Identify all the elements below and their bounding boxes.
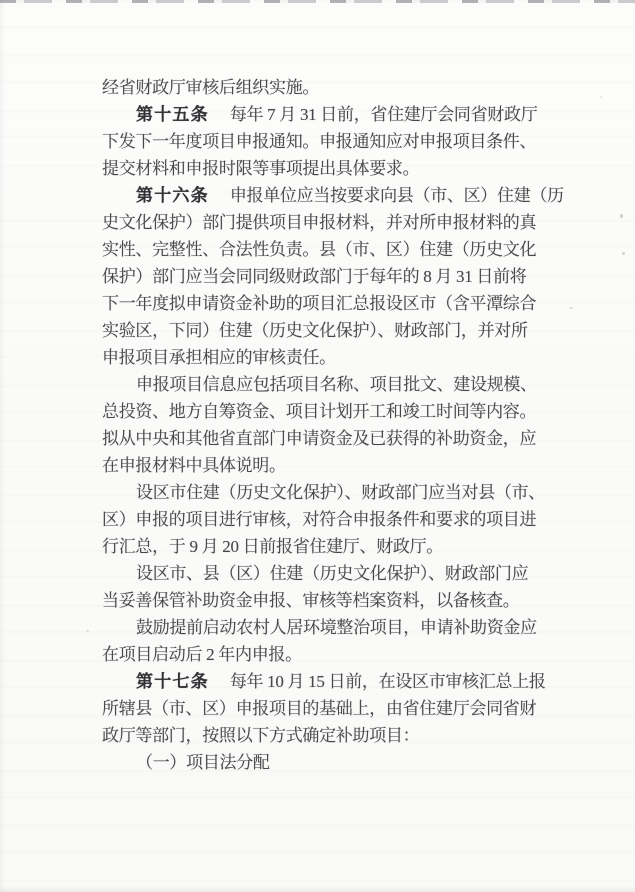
line-text: （一）项目法分配 xyxy=(136,753,270,772)
scan-left-edge-shading xyxy=(0,0,5,892)
line-text: 设区市住建（历史文化保护）、财政部门应当对县（市、 xyxy=(136,483,545,502)
text-line: 下发下一年度项目申报通知。申报通知应对申报项目条件、 xyxy=(102,128,562,155)
line-text: 史文化保护）部门提供项目申报材料，并对所申报材料的真 xyxy=(102,213,536,232)
line-text: 每年 7 月 31 日前，省住建厅会同省财政厅 xyxy=(230,105,538,124)
line-text: 设区市、县（区）住建（历史文化保护）、财政部门应 xyxy=(136,564,528,583)
text-line: 在项目启动后 2 年内申报。 xyxy=(102,641,562,668)
text-line: （一）项目法分配 xyxy=(102,749,562,776)
text-line: 第十五条每年 7 月 31 日前，省住建厅会同省财政厅 xyxy=(102,101,562,128)
line-text: 实性、完整性、合法性负责。县（市、区）住建（历史文化 xyxy=(102,240,536,259)
scan-noise-speck xyxy=(600,96,602,98)
text-line: 下一年度拟申请资金补助的项目汇总报设区市（含平潭综合 xyxy=(102,290,562,317)
text-line: 申报项目信息应包括项目名称、项目批文、建设规模、 xyxy=(102,371,562,398)
line-text: 当妥善保管补助资金申报、审核等档案资料，以备核查。 xyxy=(102,591,520,610)
line-text: 提交材料和申报时限等事项提出具体要求。 xyxy=(102,159,419,178)
document-lines: 经省财政厅审核后组织实施。第十五条每年 7 月 31 日前，省住建厅会同省财政厅… xyxy=(102,74,562,776)
scan-noise-speck xyxy=(569,307,573,309)
line-text: 在项目启动后 2 年内申报。 xyxy=(102,645,302,664)
text-line: 保护）部门应当会同同级财政部门于每年的 8 月 31 日前将 xyxy=(102,263,562,290)
line-text: 申报项目信息应包括项目名称、项目批文、建设规模、 xyxy=(136,375,537,394)
text-line: 设区市住建（历史文化保护）、财政部门应当对县（市、 xyxy=(102,479,562,506)
line-text: 所辖县（市、区）申报项目的基础上，由省住建厅会同省财 xyxy=(102,699,536,718)
line-text: 申报项目承担相应的审核责任。 xyxy=(102,348,336,367)
scanned-document-page: { "page": { "kind": "scanned policy docu… xyxy=(0,0,635,892)
text-line: 当妥善保管补助资金申报、审核等档案资料，以备核查。 xyxy=(102,587,562,614)
line-text: 下发下一年度项目申报通知。申报通知应对申报项目条件、 xyxy=(102,132,536,151)
line-text: 总投资、地方自筹资金、项目计划开工和竣工时间等内容。 xyxy=(102,402,536,421)
text-line: 政厅等部门，按照以下方式确定补助项目： xyxy=(102,722,562,749)
scan-noise-speck xyxy=(622,252,625,255)
line-text: 下一年度拟申请资金补助的项目汇总报设区市（含平潭综合 xyxy=(102,294,536,313)
article-number-heading: 第十六条 xyxy=(136,186,209,205)
line-text: 区）申报的项目进行审核，对符合申报条件和要求的项目进 xyxy=(102,510,536,529)
text-line: 在申报材料中具体说明。 xyxy=(102,452,562,479)
text-line: 所辖县（市、区）申报项目的基础上，由省住建厅会同省财 xyxy=(102,695,562,722)
line-text: 实验区，下同）住建（历史文化保护）、财政部门，并对所 xyxy=(102,321,528,340)
text-line: 第十七条每年 10 月 15 日前，在设区市审核汇总上报 xyxy=(102,668,562,695)
text-line: 实验区，下同）住建（历史文化保护）、财政部门，并对所 xyxy=(102,317,562,344)
line-text: 政厅等部门，按照以下方式确定补助项目： xyxy=(102,726,419,745)
text-line: 行汇总，于 9 月 20 日前报省住建厅、财政厅。 xyxy=(102,533,562,560)
text-line: 史文化保护）部门提供项目申报材料，并对所申报材料的真 xyxy=(102,209,562,236)
text-line: 提交材料和申报时限等事项提出具体要求。 xyxy=(102,155,562,182)
text-line: 实性、完整性、合法性负责。县（市、区）住建（历史文化 xyxy=(102,236,562,263)
line-text: 鼓励提前启动农村人居环境整治项目，申请补助资金应 xyxy=(136,618,537,637)
scan-noise-speck xyxy=(620,214,623,218)
text-line: 区）申报的项目进行审核，对符合申报条件和要求的项目进 xyxy=(102,506,562,533)
article-number-heading: 第十七条 xyxy=(136,672,209,691)
text-line: 鼓励提前启动农村人居环境整治项目，申请补助资金应 xyxy=(102,614,562,641)
scan-noise-speck xyxy=(86,630,89,632)
text-line: 总投资、地方自筹资金、项目计划开工和竣工时间等内容。 xyxy=(102,398,562,425)
line-text: 在申报材料中具体说明。 xyxy=(102,456,286,475)
article-number-heading: 第十五条 xyxy=(136,105,209,124)
text-line: 拟从中央和其他省直部门申请资金及已获得的补助资金，应 xyxy=(102,425,562,452)
line-text: 保护）部门应当会同同级财政部门于每年的 8 月 31 日前将 xyxy=(102,267,527,286)
scan-bottom-edge-shading xyxy=(0,886,635,892)
text-line: 申报项目承担相应的审核责任。 xyxy=(102,344,562,371)
line-text: 经省财政厅审核后组织实施。 xyxy=(102,78,319,97)
line-text: 拟从中央和其他省直部门申请资金及已获得的补助资金，应 xyxy=(102,429,536,448)
text-line: 经省财政厅审核后组织实施。 xyxy=(102,74,562,101)
text-line: 第十六条申报单位应当按要求向县（市、区）住建（历 xyxy=(102,182,562,209)
text-line: 设区市、县（区）住建（历史文化保护）、财政部门应 xyxy=(102,560,562,587)
line-text: 申报单位应当按要求向县（市、区）住建（历 xyxy=(230,186,564,205)
scan-top-edge-artifact xyxy=(0,0,635,3)
line-text: 每年 10 月 15 日前，在设区市审核汇总上报 xyxy=(230,672,546,691)
line-text: 行汇总，于 9 月 20 日前报省住建厅、财政厅。 xyxy=(102,537,443,556)
